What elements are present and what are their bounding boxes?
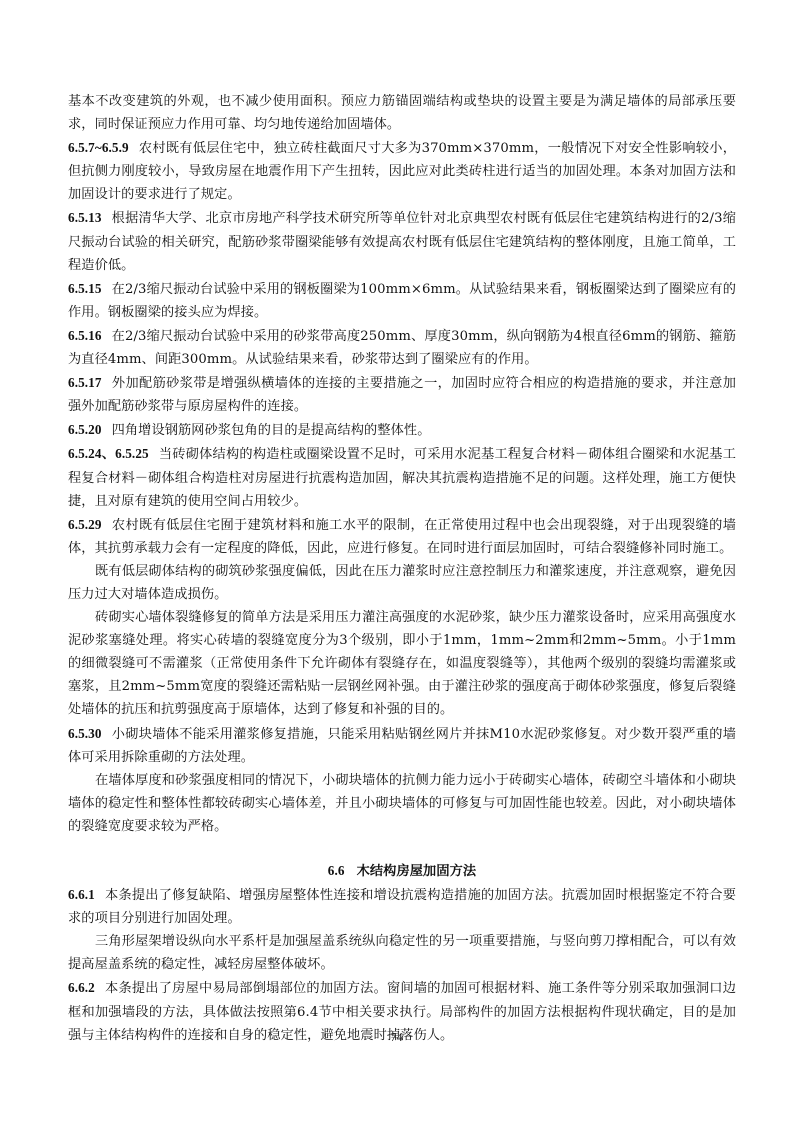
clause-number: 6.5.13 [68, 210, 102, 225]
paragraph-text: 根据清华大学、北京市房地产科学技术研究所等单位针对北京典型农村既有低层住宅建筑结… [68, 211, 736, 272]
body-paragraph: 既有低层砌体结构的砌筑砂浆强度偏低，因此在压力灌浆时应注意控制压力和灌浆速度，并… [68, 560, 736, 606]
clause-number: 6.6.2 [68, 980, 95, 995]
paragraph-text: 本条提出了修复缺陷、增强房屋整体性连接和增设抗震构造措施的加固方法。抗震加固时根… [68, 888, 736, 926]
clause-number: 6.5.24、6.5.25 [68, 446, 149, 461]
paragraph-text: 三角形屋架增设纵向水平系杆是加强屋盖系统纵向稳定性的另一项重要措施，与竖向剪刀撑… [68, 934, 736, 972]
clause-paragraph: 6.5.7~6.5.9农村既有低层住宅中，独立砖柱截面尺寸大多为370mm×37… [68, 136, 736, 206]
clause-paragraph: 6.5.13根据清华大学、北京市房地产科学技术研究所等单位针对北京典型农村既有低… [68, 206, 736, 276]
clause-number: 6.5.30 [68, 726, 102, 741]
paragraph-text: 既有低层砌体结构的砌筑砂浆强度偏低，因此在压力灌浆时应注意控制压力和灌浆速度，并… [68, 564, 736, 602]
section-6-6-notes: 6.6.1本条提出了修复缺陷、增强房屋整体性连接和增设抗震构造措施的加固方法。抗… [68, 883, 736, 1047]
paragraph-text: 在墙体厚度和砂浆强度相同的情况下，小砌块墙体的抗侧力能力远小于砖砌实心墙体，砖砌… [68, 773, 736, 834]
clause-number: 6.5.16 [68, 328, 102, 343]
paragraph-text: 砖砌实心墙体裂缝修复的简单方法是采用压力灌注高强度的水泥砂浆，缺少压力灌浆设备时… [68, 610, 736, 717]
clause-paragraph: 6.6.1本条提出了修复缺陷、增强房屋整体性连接和增设抗震构造措施的加固方法。抗… [68, 883, 736, 930]
clause-number: 6.5.17 [68, 375, 102, 390]
clause-number: 6.5.20 [68, 422, 102, 437]
paragraph-text: 当砖砌体结构的构造柱或圈梁设置不足时，可采用水泥基工程复合材料－砌体组合圈梁和水… [68, 447, 736, 508]
paragraph-text: 外加配筋砂浆带是增强纵横墙体的连接的主要措施之一，加固时应符合相应的构造措施的要… [68, 376, 736, 414]
section-title: 木结构房屋加固方法 [357, 864, 477, 879]
clause-number: 6.5.29 [68, 517, 102, 532]
clause-paragraph: 6.5.24、6.5.25当砖砌体结构的构造柱或圈梁设置不足时，可采用水泥基工程… [68, 442, 736, 512]
paragraph-text: 农村既有低层住宅囿于建筑材料和施工水平的限制，在正常使用过程中也会出现裂缝，对于… [68, 518, 736, 556]
clause-paragraph: 6.5.15在2/3缩尺振动台试验中采用的钢板圈梁为100mm×6mm。从试验结… [68, 277, 736, 324]
section-number: 6.6 [328, 863, 345, 878]
body-paragraph: 基本不改变建筑的外观，也不减少使用面积。预应力筋锚固端结构或垫块的设置主要是为满… [68, 90, 736, 136]
clause-number: 6.5.15 [68, 281, 102, 296]
paragraph-text: 农村既有低层住宅中，独立砖柱截面尺寸大多为370mm×370mm，一般情况下对安… [68, 141, 736, 202]
paragraph-text: 四角增设钢筋网砂浆包角的目的是提高结构的整体性。 [112, 423, 431, 438]
clause-paragraph: 6.5.29农村既有低层住宅囿于建筑材料和施工水平的限制，在正常使用过程中也会出… [68, 513, 736, 560]
clause-paragraph: 6.5.17外加配筋砂浆带是增强纵横墙体的连接的主要措施之一，加固时应符合相应的… [68, 371, 736, 418]
clause-paragraph: 6.5.30小砌块墙体不能采用灌浆修复措施，只能采用粘贴钢丝网片并抹M10水泥砂… [68, 722, 736, 769]
clause-number: 6.6.1 [68, 887, 95, 902]
section-heading: 6.6木结构房屋加固方法 [68, 859, 736, 883]
paragraph-text: 小砌块墙体不能采用灌浆修复措施，只能采用粘贴钢丝网片并抹M10水泥砂浆修复。对少… [68, 727, 736, 765]
clause-paragraph: 6.5.16在2/3缩尺振动台试验中采用的砂浆带高度250mm、厚度30mm，纵… [68, 324, 736, 371]
clause-number: 6.5.7~6.5.9 [68, 140, 129, 155]
page-number: 74 [0, 1030, 793, 1045]
body-paragraph: 在墙体厚度和砂浆强度相同的情况下，小砌块墙体的抗侧力能力远小于砖砌实心墙体，砖砌… [68, 769, 736, 838]
clause-paragraph: 6.5.20四角增设钢筋网砂浆包角的目的是提高结构的整体性。 [68, 418, 736, 442]
paragraph-text: 基本不改变建筑的外观，也不减少使用面积。预应力筋锚固端结构或垫块的设置主要是为满… [68, 94, 736, 132]
body-paragraph: 三角形屋架增设纵向水平系杆是加强屋盖系统纵向稳定性的另一项重要措施，与竖向剪刀撑… [68, 930, 736, 976]
document-page: 基本不改变建筑的外观，也不减少使用面积。预应力筋锚固端结构或垫块的设置主要是为满… [68, 90, 736, 1047]
paragraph-text: 在2/3缩尺振动台试验中采用的砂浆带高度250mm、厚度30mm，纵向钢筋为4根… [68, 329, 736, 367]
body-paragraph: 砖砌实心墙体裂缝修复的简单方法是采用压力灌注高强度的水泥砂浆，缺少压力灌浆设备时… [68, 606, 736, 721]
paragraph-text: 在2/3缩尺振动台试验中采用的钢板圈梁为100mm×6mm。从试验结果来看，钢板… [68, 282, 736, 320]
section-6-5-notes: 基本不改变建筑的外观，也不减少使用面积。预应力筋锚固端结构或垫块的设置主要是为满… [68, 90, 736, 838]
